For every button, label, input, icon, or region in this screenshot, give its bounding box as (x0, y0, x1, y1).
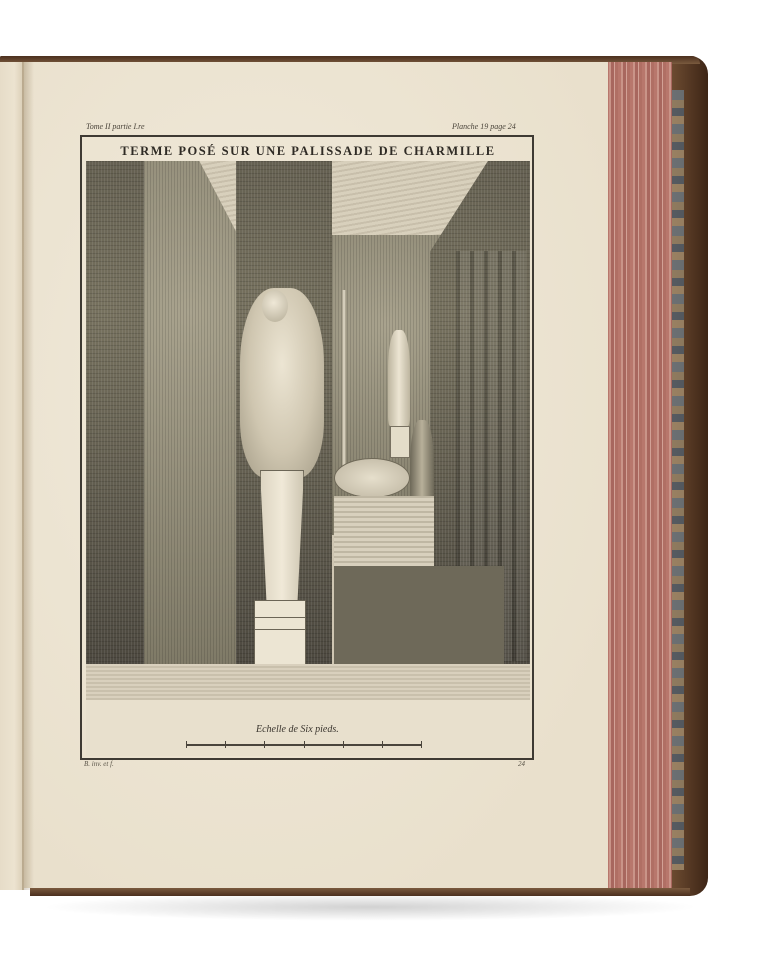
fountain-basin (334, 458, 410, 498)
distant-statue-plinth (390, 426, 410, 458)
scale-tick (343, 741, 344, 748)
fountain-jet (342, 290, 346, 480)
red-sprinkled-fore-edge (606, 62, 672, 888)
scale-tick (304, 741, 305, 748)
scale-tick (186, 741, 187, 748)
engraved-floor (86, 664, 530, 700)
term-statue-head (262, 290, 288, 322)
scale-label: Echelle de Six pieds. (256, 724, 339, 735)
scale-tick (421, 741, 422, 748)
distant-statue (388, 330, 410, 426)
scale-tick (225, 741, 226, 748)
plate-title: TERME POSÉ SUR UNE PALISSADE DE CHARMILL… (86, 141, 530, 162)
engraver-signature: B. inv. et f. (84, 760, 114, 768)
page-gutter (22, 62, 34, 890)
marbled-endpaper (672, 90, 684, 870)
book-bottom-edge (30, 888, 690, 896)
left-page (0, 62, 24, 890)
left-hedge-face (144, 161, 236, 666)
book-shadow (40, 893, 700, 921)
plate-number-caption: Planche 19 page 24 (452, 122, 516, 131)
plate-page-number: 24 (518, 760, 525, 768)
scale-tick (264, 741, 265, 748)
term-pedestal (260, 470, 304, 604)
plate-volume-caption: Tome II partie I.re (86, 122, 145, 131)
scale-bar (186, 744, 422, 746)
book-photo: Tome II partie I.re Planche 19 page 24 T… (0, 0, 768, 967)
scale-tick (382, 741, 383, 748)
left-hedge (86, 161, 144, 666)
garden-path (334, 496, 434, 566)
shaded-lawn (334, 566, 504, 666)
